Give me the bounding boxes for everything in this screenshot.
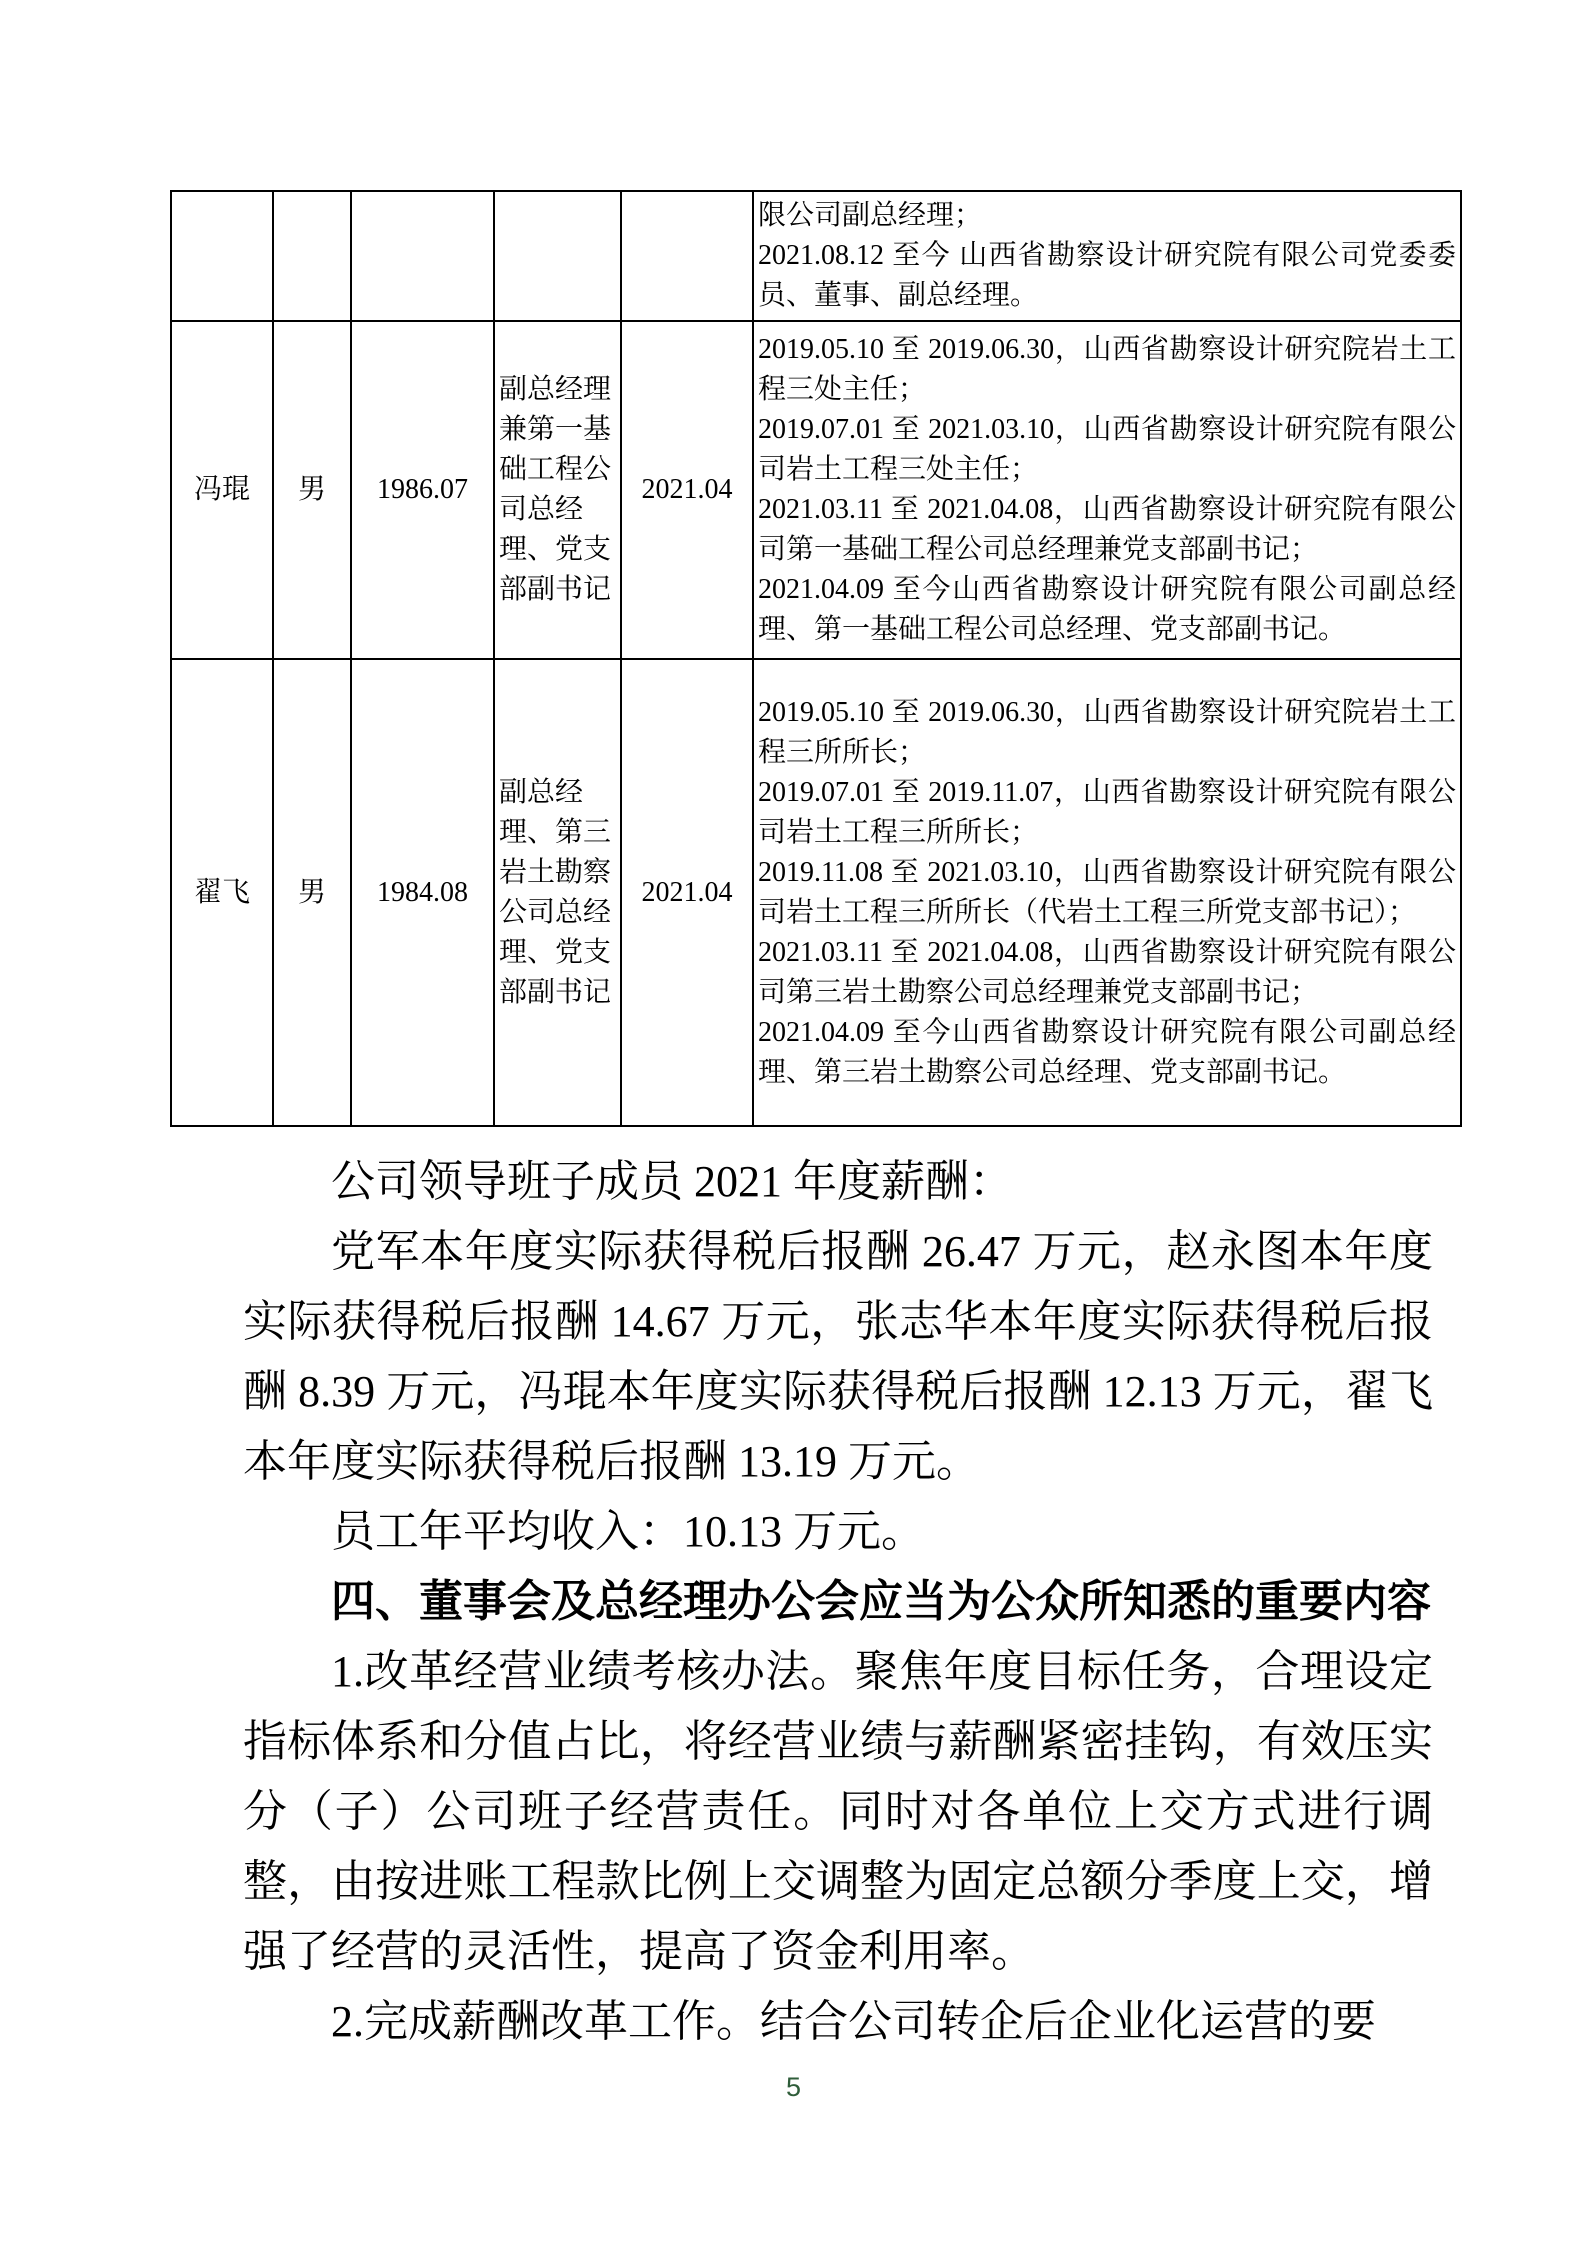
section-heading: 四、董事会及总经理办公会应当为公众所知悉的重要内容 [243, 1567, 1433, 1637]
cell-gender [273, 191, 351, 321]
history-entry: 2019.07.01 至 2021.03.10，山西省勘察设计研究院有限公司岩土… [758, 410, 1456, 490]
cell-appointed [621, 191, 753, 321]
cell-history: 2019.05.10 至 2019.06.30，山西省勘察设计研究院岩土工程三处… [753, 321, 1461, 659]
cell-birth: 1984.08 [351, 659, 494, 1126]
history-entry: 2021.03.11 至 2021.04.08，山西省勘察设计研究院有限公司第一… [758, 490, 1456, 570]
cell-name: 翟飞 [171, 659, 273, 1126]
cell-gender-text: 男 [298, 877, 326, 908]
cell-history: 2019.05.10 至 2019.06.30，山西省勘察设计研究院岩土工程三所… [753, 659, 1461, 1126]
cell-gender-text: 男 [298, 474, 326, 505]
history-entry: 2021.08.12 至今 山西省勘察设计研究院有限公司党委委员、董事、副总经理… [758, 236, 1456, 316]
table-row: 限公司副总经理；2021.08.12 至今 山西省勘察设计研究院有限公司党委委员… [171, 191, 1461, 321]
cell-name-text: 冯琨 [194, 474, 250, 505]
cell-gender: 男 [273, 321, 351, 659]
page-number: 5 [0, 2072, 1587, 2103]
history-entry: 2019.05.10 至 2019.06.30，山西省勘察设计研究院岩土工程三所… [758, 693, 1456, 773]
paragraph: 党军本年度实际获得税后报酬 26.47 万元，赵永图本年度实际获得税后报酬 14… [243, 1217, 1433, 1497]
table-row: 冯琨男1986.07副总经理兼第一基础工程公司总经理、党支部副书记2021.04… [171, 321, 1461, 659]
cell-gender: 男 [273, 659, 351, 1126]
document-page: 限公司副总经理；2021.08.12 至今 山西省勘察设计研究院有限公司党委委员… [0, 0, 1587, 2245]
paragraph: 员工年平均收入：10.13 万元。 [243, 1497, 1433, 1567]
leadership-resume-table: 限公司副总经理；2021.08.12 至今 山西省勘察设计研究院有限公司党委委员… [170, 190, 1462, 1127]
history-entry: 2021.04.09 至今山西省勘察设计研究院有限公司副总经理、第三岩土勘察公司… [758, 1013, 1456, 1093]
history-entry: 2019.07.01 至 2019.11.07，山西省勘察设计研究院有限公司岩土… [758, 773, 1456, 853]
history-entry: 2021.03.11 至 2021.04.08，山西省勘察设计研究院有限公司第三… [758, 933, 1456, 1013]
cell-name-text: 翟飞 [194, 877, 250, 908]
cell-birth [351, 191, 494, 321]
cell-name [171, 191, 273, 321]
cell-position-text: 副总经理兼第一基础工程公司总经理、党支部副书记 [499, 374, 611, 605]
cell-position: 副总经理兼第一基础工程公司总经理、党支部副书记 [494, 321, 621, 659]
body-text: 公司领导班子成员 2021 年度薪酬：党军本年度实际获得税后报酬 26.47 万… [243, 1147, 1433, 2057]
cell-birth-text: 1986.07 [377, 474, 468, 505]
cell-birth: 1986.07 [351, 321, 494, 659]
cell-birth-text: 1984.08 [377, 877, 468, 908]
cell-position: 副总经理、第三岩土勘察公司总经理、党支部副书记 [494, 659, 621, 1126]
history-entry: 2019.11.08 至 2021.03.10，山西省勘察设计研究院有限公司岩土… [758, 853, 1456, 933]
cell-history: 限公司副总经理；2021.08.12 至今 山西省勘察设计研究院有限公司党委委员… [753, 191, 1461, 321]
paragraph: 1.改革经营业绩考核办法。聚焦年度目标任务，合理设定指标体系和分值占比，将经营业… [243, 1637, 1433, 1987]
history-entry: 2019.05.10 至 2019.06.30，山西省勘察设计研究院岩土工程三处… [758, 330, 1456, 410]
cell-appointed: 2021.04 [621, 321, 753, 659]
paragraph: 2.完成薪酬改革工作。结合公司转企后企业化运营的要 [243, 1987, 1433, 2057]
cell-position [494, 191, 621, 321]
table-row: 翟飞男1984.08副总经理、第三岩土勘察公司总经理、党支部副书记2021.04… [171, 659, 1461, 1126]
cell-name: 冯琨 [171, 321, 273, 659]
paragraph: 公司领导班子成员 2021 年度薪酬： [243, 1147, 1433, 1217]
cell-appointed-text: 2021.04 [642, 877, 733, 908]
history-entry: 限公司副总经理； [758, 196, 1456, 236]
cell-appointed: 2021.04 [621, 659, 753, 1126]
cell-position-text: 副总经理、第三岩土勘察公司总经理、党支部副书记 [499, 777, 611, 1008]
history-entry: 2021.04.09 至今山西省勘察设计研究院有限公司副总经理、第一基础工程公司… [758, 570, 1456, 650]
cell-appointed-text: 2021.04 [642, 474, 733, 505]
